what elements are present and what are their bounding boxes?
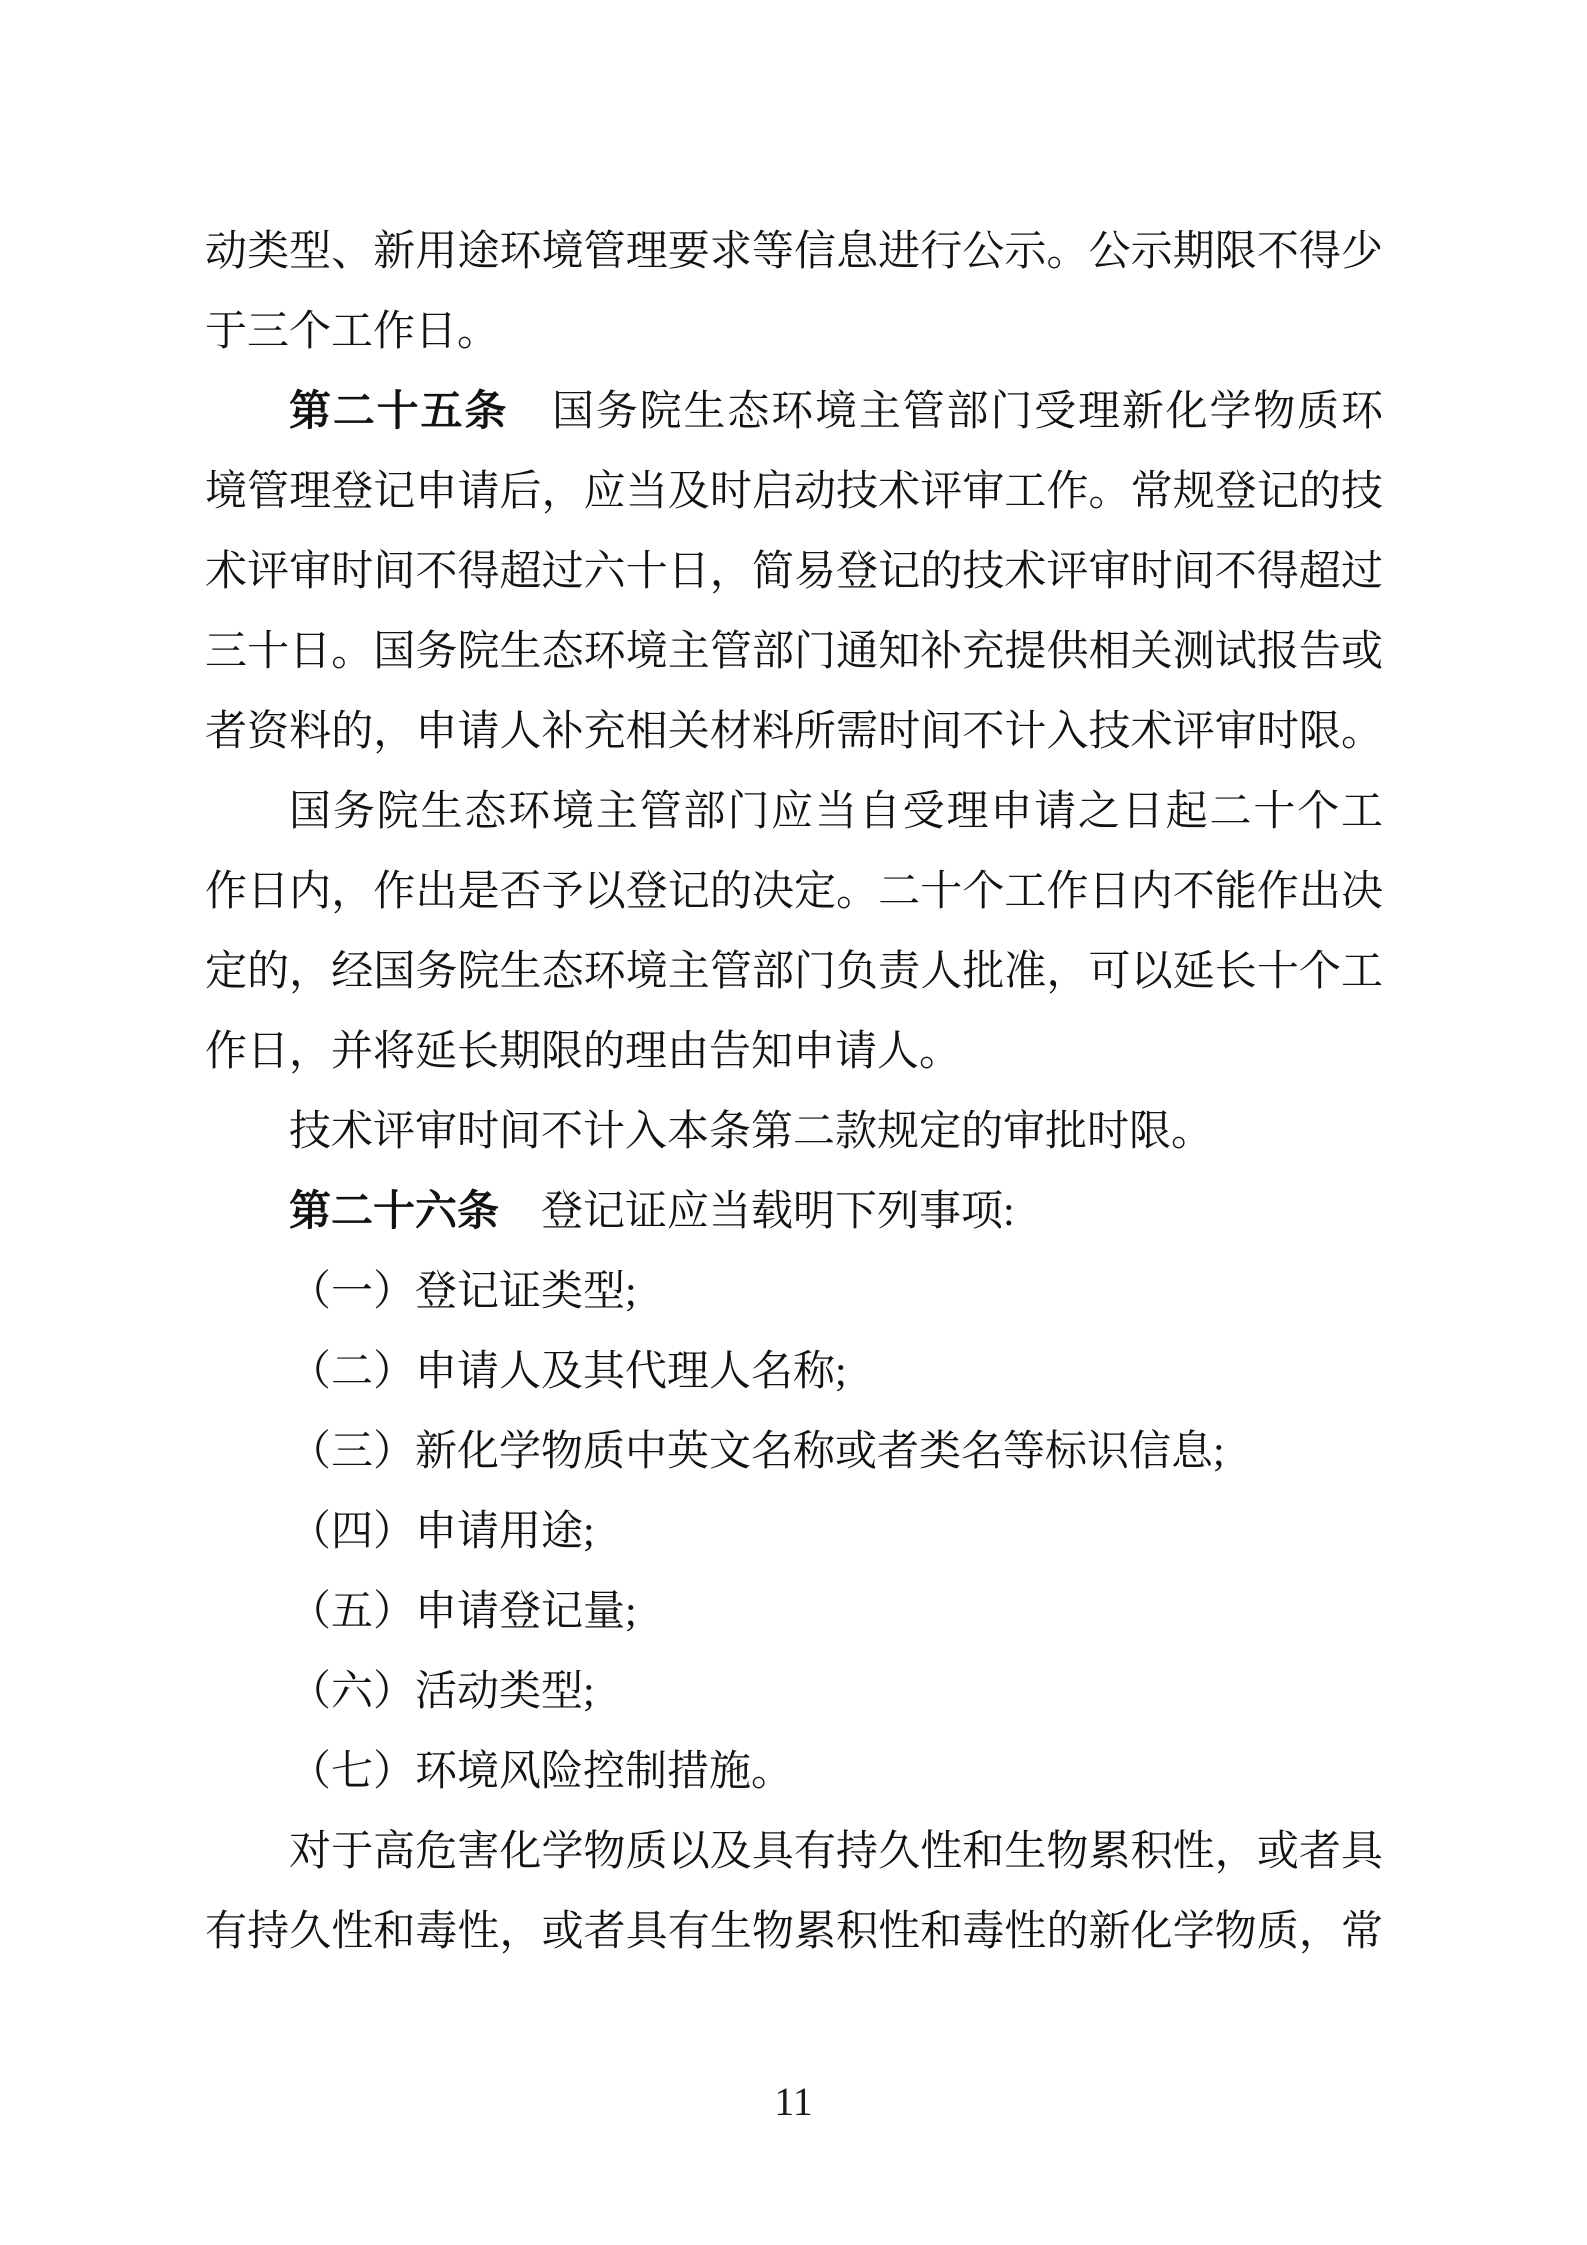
document-line-article-26: 第二十六条 登记证应当载明下列事项: xyxy=(205,1172,1383,1252)
document-line: 国务院生态环境主管部门应当自受理申请之日起二十个工 xyxy=(205,772,1383,852)
document-line-list-item: （四）申请用途; xyxy=(205,1492,1383,1572)
document-line-list-item: （三）新化学物质中英文名称或者类名等标识信息; xyxy=(205,1412,1383,1492)
document-line-list-item: （六）活动类型; xyxy=(205,1652,1383,1732)
document-line: 作日内，作出是否予以登记的决定。二十个工作日内不能作出决 xyxy=(205,852,1383,932)
document-line: 技术评审时间不计入本条第二款规定的审批时限。 xyxy=(205,1092,1383,1172)
document-page: 动类型、新用途环境管理要求等信息进行公示。公示期限不得少 于三个工作日。 第二十… xyxy=(0,0,1587,2245)
article-number-label: 第二十六条 xyxy=(289,1189,499,1235)
document-line-list-item: （一）登记证类型; xyxy=(205,1252,1383,1332)
document-line: 作日，并将延长期限的理由告知申请人。 xyxy=(205,1012,1383,1092)
document-line: 者资料的，申请人补充相关材料所需时间不计入技术评审时限。 xyxy=(205,692,1383,772)
document-line-article-25: 第二十五条 国务院生态环境主管部门受理新化学物质环 xyxy=(205,372,1383,452)
document-line-list-item: （二）申请人及其代理人名称; xyxy=(205,1332,1383,1412)
document-line: 动类型、新用途环境管理要求等信息进行公示。公示期限不得少 xyxy=(205,212,1383,292)
article-number-label: 第二十五条 xyxy=(289,389,508,435)
document-line: 境管理登记申请后，应当及时启动技术评审工作。常规登记的技 xyxy=(205,452,1383,532)
document-line-list-item: （七）环境风险控制措施。 xyxy=(205,1732,1383,1812)
document-line: 术评审时间不得超过六十日，简易登记的技术评审时间不得超过 xyxy=(205,532,1383,612)
page-number: 11 xyxy=(0,2078,1587,2126)
document-line: 有持久性和毒性，或者具有生物累积性和毒性的新化学物质，常 xyxy=(205,1892,1383,1972)
document-line-list-item: （五）申请登记量; xyxy=(205,1572,1383,1652)
document-line: 定的，经国务院生态环境主管部门负责人批准，可以延长十个工 xyxy=(205,932,1383,1012)
document-line: 于三个工作日。 xyxy=(205,292,1383,372)
document-line: 对于高危害化学物质以及具有持久性和生物累积性，或者具 xyxy=(205,1812,1383,1892)
document-line: 三十日。国务院生态环境主管部门通知补充提供相关测试报告或 xyxy=(205,612,1383,692)
document-body: 动类型、新用途环境管理要求等信息进行公示。公示期限不得少 于三个工作日。 第二十… xyxy=(205,212,1383,1972)
